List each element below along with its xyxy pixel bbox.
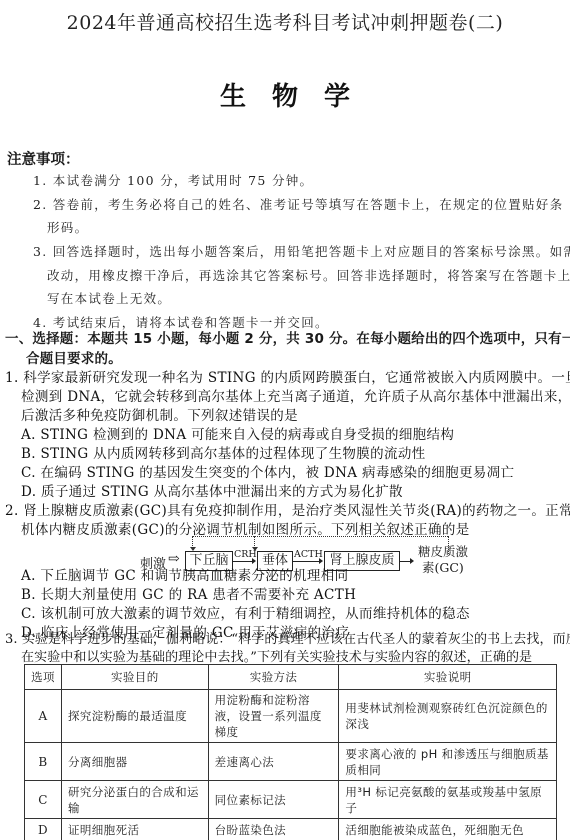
table-cell: 要求离心液的 pH 和渗透压与细胞质基质相同 [339,743,557,781]
question-2-option-c: C. 该机制可放大激素的调节效应，有利于精细调控，从而维持机体的稳态 [21,602,470,622]
section-heading: 一、选择题：本题共 15 小题，每小题 2 分，共 30 分。在每小题给出的四个… [5,327,570,347]
table-cell: 研究分泌蛋白的合成和运输 [61,781,208,819]
question-2-option-b: B. 长期大剂量使用 GC 的 RA 患者不需要补充 ACTH [21,583,356,603]
table-cell: 用³H 标记亮氨酸的氨基或羧基中氢原子 [339,781,557,819]
table-cell: 用淀粉酶和淀粉溶液，设置一系列温度梯度 [208,690,339,743]
question-2-option-a: A. 下丘脑调节 GC 和调节胰高血糖素分泌的机理相同 [21,564,348,584]
notice-item-1: 1. 本试卷满分 100 分，考试用时 75 分钟。 [33,171,313,189]
table-cell: C [25,781,62,819]
table-header: 选项 [25,665,62,690]
question-1-option-d: D. 质子通过 STING 从高尔基体中泄漏出来的方式为易化扩散 [21,480,403,500]
notice-item-2-cont: 形码。 [47,218,88,236]
question-2-stem: 2. 肾上腺糖皮质激素(GC)具有免疫抑制作用，是治疗类风湿性关节炎(RA)的药… [5,499,570,519]
question-1-option-a: A. STING 检测到的 DNA 可能来自入侵的病毒或自身受损的细胞结构 [21,423,454,443]
gc-label-cont: 素(GC) [422,558,464,576]
table-cell: 用斐林试剂检测观察砖红色沉淀颜色的深浅 [339,690,557,743]
table-cell: 证明细胞死活 [61,819,208,840]
experiment-table: 选项 实验目的 实验方法 实验说明 A 探究淀粉酶的最适温度 用淀粉酶和淀粉溶液… [24,664,557,840]
notice-item-3-cont: 改动，用橡皮擦干净后，再选涂其它答案标号。回答非选择题时，将答案写在答题卡上， [47,266,570,284]
table-cell: 同位素标记法 [208,781,339,819]
subject-title: 生物学 [0,76,570,113]
arrow-line [232,561,254,562]
table-cell: B [25,743,62,781]
table-header: 实验目的 [61,665,208,690]
arrow-line [292,561,321,562]
table-row: D 证明细胞死活 台盼蓝染色法 活细胞能被染成蓝色，死细胞无色 [25,819,557,840]
notice-item-3-cont2: 写在本试卷上无效。 [47,289,171,307]
table-header-row: 选项 实验目的 实验方法 实验说明 [25,665,557,690]
table-cell: 探究淀粉酶的最适温度 [61,690,208,743]
exam-title: 2024年普通高校招生选考科目考试冲刺押题卷(二) [0,8,570,35]
table-cell: A [25,690,62,743]
table-header: 实验说明 [339,665,557,690]
notice-item-3: 3. 回答选择题时，选出每小题答案后，用铅笔把答题卡上对应题目的答案标号涂黑。如… [33,242,570,260]
table-cell: D [25,819,62,840]
feedback-line [192,536,448,537]
table-cell: 台盼蓝染色法 [208,819,339,840]
question-1-option-b: B. STING 从内质网转移到高尔基体的过程体现了生物膜的流动性 [21,442,426,462]
table-cell: 差速离心法 [208,743,339,781]
question-3-stem: 3. 实验是科学进步的基础，伽利略说：“科学的真理不应该在古代圣人的蒙着灰尘的书… [5,628,570,647]
question-3-stem-cont: 在实验中和以实验为基础的理论中去找。”下列有关实验技术与实验内容的叙述，正确的是 [21,646,532,665]
section-heading-cont: 合题目要求的。 [26,347,122,367]
question-1-stem-cont2: 后激活多种免疫防御机制。下列叙述错误的是 [21,404,298,424]
notice-heading: 注意事项： [7,148,80,169]
question-1-option-c: C. 在编码 STING 的基因发生突变的个体内，被 DNA 病毒感染的细胞更易… [21,461,514,481]
table-row: B 分离细胞器 差速离心法 要求离心液的 pH 和渗透压与细胞质基质相同 [25,743,557,781]
table-header: 实验方法 [208,665,339,690]
table-row: C 研究分泌蛋白的合成和运输 同位素标记法 用³H 标记亮氨酸的氨基或羧基中氢原… [25,781,557,819]
table-cell: 分离细胞器 [61,743,208,781]
notice-item-2: 2. 答卷前，考生务必将自己的姓名、准考证号等填写在答题卡上，在规定的位置贴好条 [33,195,563,213]
question-1-stem: 1. 科学家最新研究发现一种名为 STING 的内质网跨膜蛋白，它通常被嵌入内质… [5,366,570,386]
table-row: A 探究淀粉酶的最适温度 用淀粉酶和淀粉溶液，设置一系列温度梯度 用斐林试剂检测… [25,690,557,743]
question-1-stem-cont: 检测到 DNA，它就会转移到高尔基体上充当离子通道，允许质子从高尔基体中泄漏出来… [21,385,570,405]
arrow-head-icon [410,558,414,564]
question-2-stem-cont: 机体内糖皮质激素(GC)的分泌调节机制如图所示。下列相关叙述正确的是 [21,518,470,538]
table-cell: 活细胞能被染成蓝色，死细胞无色 [339,819,557,840]
